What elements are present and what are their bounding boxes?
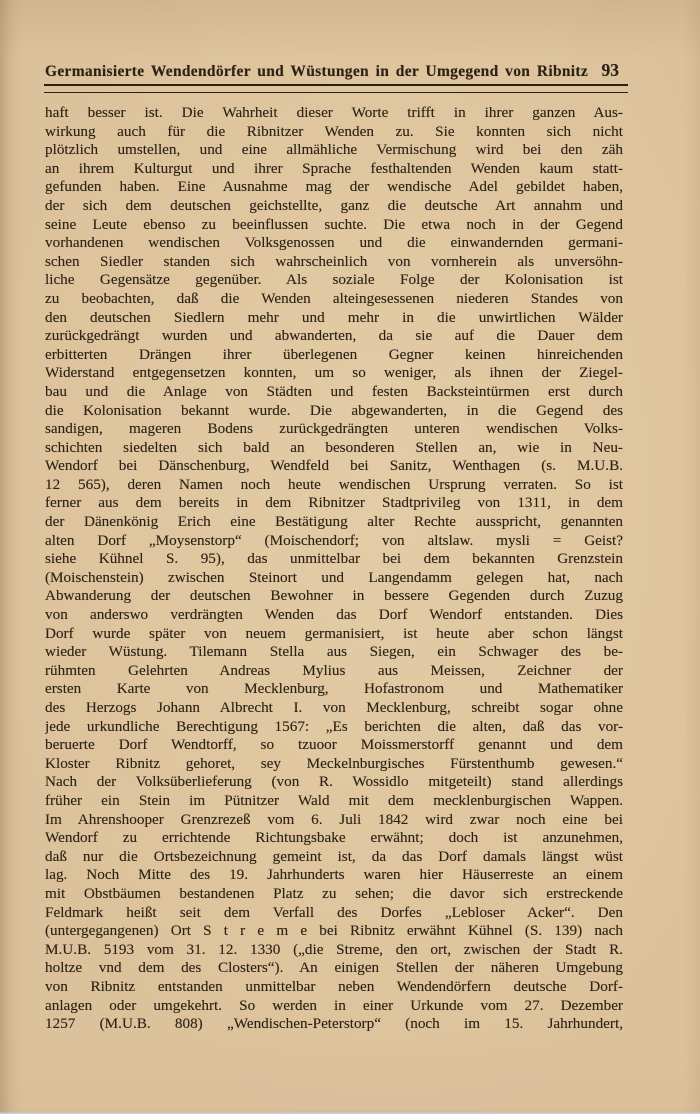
text-line: Abwanderung der deutschen Bewohner in be… — [45, 587, 623, 606]
text-line: Widerstand entgegensetzen konnten, um so… — [45, 364, 623, 383]
text-line: an ihrem Kulturgut und ihrer Sprache fes… — [45, 160, 623, 179]
text-line: 1257 (M.U.B. 808) „Wendischen-Peterstorp… — [45, 1015, 623, 1034]
text-line: vorhandenen wendischen Volksgenossen und… — [45, 234, 623, 253]
page-number: 93 — [602, 60, 628, 81]
text-line: Dorf wurde später von neuem germanisiert… — [45, 625, 623, 644]
text-line: die Kolonisation bekannt wurde. Die abge… — [45, 402, 623, 421]
text-line: rühmten Gelehrten Andreas Mylius aus Mei… — [45, 662, 623, 681]
text-line: der Dänenkönig Erich eine Bestätigung al… — [45, 513, 623, 532]
book-page: Germanisierte Wendendörfer und Wüstungen… — [0, 0, 700, 1114]
text-line: schen Siedler standen sich wahrscheinlic… — [45, 253, 623, 272]
text-line: wirkung auch für die Ribnitzer Wenden zu… — [45, 123, 623, 142]
text-line: mit Obstbäumen bestandenen Platz zu sehe… — [45, 885, 623, 904]
text-line: zurückgedrängt wurden und abwanderten, d… — [45, 327, 623, 346]
text-line: 12 565), deren Namen noch heute wendisch… — [45, 476, 623, 495]
text-line: des Herzogs Johann Albrecht I. von Meckl… — [45, 699, 623, 718]
text-line: lag. Noch Mitte des 19. Jahrhunderts war… — [45, 866, 623, 885]
text-line: gefunden haben. Eine Ausnahme mag der we… — [45, 178, 623, 197]
text-line: den deutschen Siedlern mehr und mehr in … — [45, 309, 623, 328]
text-line: (Moischenstein) zwischen Steinort und La… — [45, 569, 623, 588]
text-line: Wendorf bei Dänschenburg, Wendfeld bei S… — [45, 457, 623, 476]
text-line: Kloster Ribnitz gehoret, sey Meckelnburg… — [45, 755, 623, 774]
text-line: jede urkundliche Berechtigung 1567: „Es … — [45, 718, 623, 737]
text-line: (untergegangenen) Ort S t r e m e bei Ri… — [45, 922, 623, 941]
text-line: liche Gegensätze gegenüber. Als soziale … — [45, 271, 623, 290]
text-line: beruerte Dorf Wendtorff, so tzuoor Moiss… — [45, 736, 623, 755]
running-header-title: Germanisierte Wendendörfer und Wüstungen… — [45, 63, 588, 81]
text-line: M.U.B. 5193 vom 31. 12. 1330 („die Strem… — [45, 941, 623, 960]
text-line: sandigen, mageren Bodens zurückgedrängte… — [45, 420, 623, 439]
header-double-rule — [44, 84, 628, 93]
text-line: ferner aus dem bereits in dem Ribnitzer … — [45, 494, 623, 513]
text-line: siehe Kühnel S. 95), das unmittelbar bei… — [45, 550, 623, 569]
text-line: alten Dorf „Moysenstorp“ (Moischendorf; … — [45, 532, 623, 551]
text-line: seine Leute ebenso zu beeinflussen sucht… — [45, 216, 623, 235]
text-line: von anderswo verdrängten Wenden das Dorf… — [45, 606, 623, 625]
text-line: daß nur die Ortsbezeichnung gemeint ist,… — [45, 848, 623, 867]
body-text: haft besser ist. Die Wahrheit dieser Wor… — [45, 104, 623, 1034]
text-line: holtze vnd dem des Closters“). An einige… — [45, 959, 623, 978]
text-line: plötzlich umstellen, und eine allmählich… — [45, 141, 623, 160]
page-header: Germanisierte Wendendörfer und Wüstungen… — [45, 60, 627, 81]
text-line: Wendorf zu errichtende Richtungsbake erw… — [45, 829, 623, 848]
text-line: anlagen oder umgekehrt. So werden in ein… — [45, 997, 623, 1016]
text-line: schichten siedelten sich bald an besonde… — [45, 439, 623, 458]
text-line: bau und die Anlage von Städten und feste… — [45, 383, 623, 402]
text-line: wieder Wüstung. Tilemann Stella aus Sieg… — [45, 643, 623, 662]
text-line: haft besser ist. Die Wahrheit dieser Wor… — [45, 104, 623, 123]
text-line: erbitterten Drängen ihrer überlegenen Ge… — [45, 346, 623, 365]
text-line: zu beobachten, daß die Wenden alteingese… — [45, 290, 623, 309]
text-line: ersten Karte von Mecklenburg, Hofastrono… — [45, 680, 623, 699]
text-line: Feldmark heißt seit dem Verfall des Dorf… — [45, 904, 623, 923]
text-line: der sich dem deutschen geichstellte, gan… — [45, 197, 623, 216]
text-line: von Ribnitz entstanden unmittelbar neben… — [45, 978, 623, 997]
text-line: früher ein Stein im Pütnitzer Wald mit d… — [45, 792, 623, 811]
text-line: Im Ahrenshooper Grenzrezeß vom 6. Juli 1… — [45, 811, 623, 830]
text-line: Nach der Volksüberlieferung (von R. Woss… — [45, 773, 623, 792]
